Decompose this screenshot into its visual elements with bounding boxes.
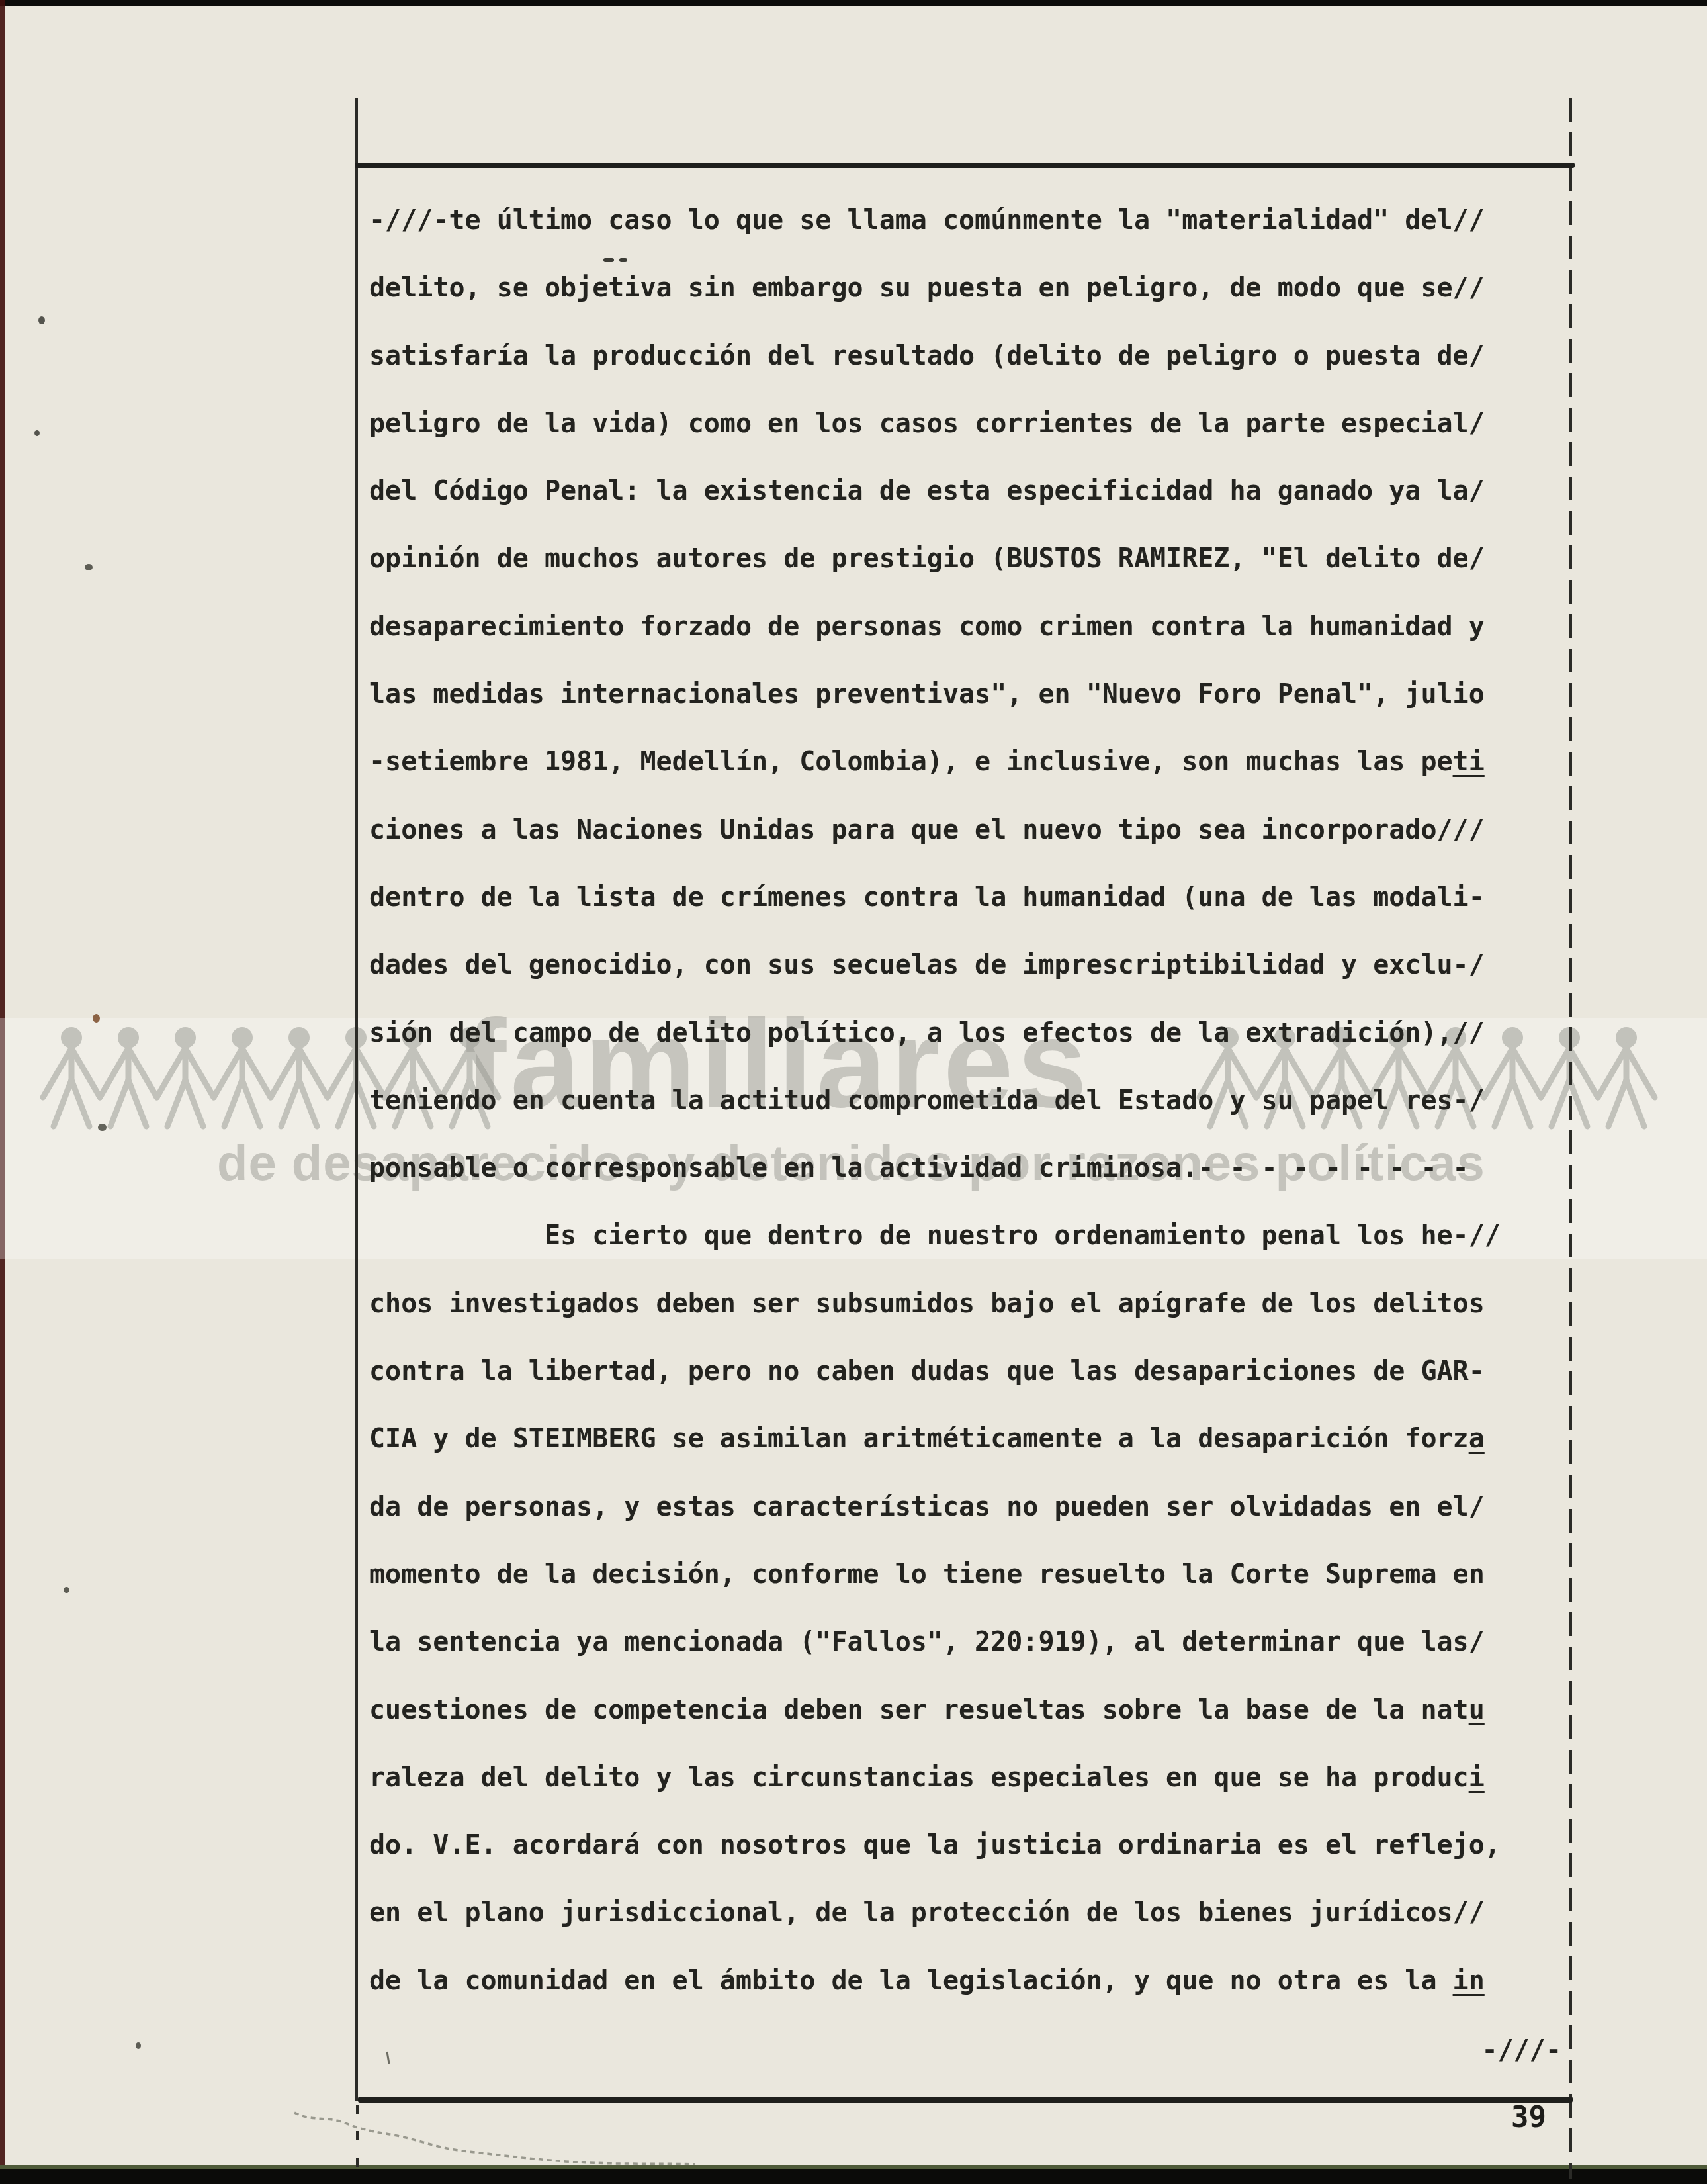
ink-speck: [85, 564, 93, 570]
page-frame-left-border-tail: [356, 2105, 359, 2179]
text-line: Es cierto que dentro de nuestro ordenami…: [369, 1202, 1534, 1269]
text-line: momento de la decisión, conforme lo tien…: [369, 1541, 1534, 1608]
text-line: peligro de la vida) como en los casos co…: [369, 390, 1534, 457]
text-line: desaparecimiento forzado de personas com…: [369, 593, 1534, 660]
page-frame-left-border: [355, 98, 358, 2101]
text-line: chos investigados deben ser subsumidos b…: [369, 1270, 1534, 1338]
page-number: 39: [1511, 2102, 1546, 2134]
ink-speck: [98, 1124, 107, 1131]
continuation-marker: -///-: [1482, 2017, 1561, 2084]
text-line: la sentencia ya mencionada ("Fallos", 22…: [369, 1608, 1534, 1676]
text-line: da de personas, y estas características …: [369, 1473, 1534, 1541]
page-frame-right-border: [1569, 98, 1572, 2179]
text-line: en el plano jurisdiccional, de la protec…: [369, 1879, 1534, 1946]
text-line: del Código Penal: la existencia de esta …: [369, 457, 1534, 525]
text-line: contra la libertad, pero no caben dudas …: [369, 1338, 1534, 1405]
text-line: CIA y de STEIMBERG se asimilan aritmétic…: [369, 1405, 1534, 1473]
text-line: -///-te último caso lo que se llama comú…: [369, 187, 1534, 254]
text-line: do. V.E. acordará con nosotros que la ju…: [369, 1811, 1534, 1879]
text-line: ponsable o corresponsable en la activida…: [369, 1134, 1534, 1202]
ink-speck: [136, 2042, 141, 2049]
text-line: dentro de la lista de crímenes contra la…: [369, 864, 1534, 931]
page-frame-bottom-rule: [358, 2097, 1573, 2103]
text-line: -setiembre 1981, Medellín, Colombia), e …: [369, 728, 1534, 796]
typewritten-text-block: -///-te último caso lo que se llama comú…: [369, 187, 1534, 2015]
ink-speck: [38, 316, 45, 324]
text-line: raleza del delito y las circunstancias e…: [369, 1744, 1534, 1811]
ink-speck: [34, 430, 40, 436]
text-line: dades del genocidio, con sus secuelas de…: [369, 931, 1534, 999]
text-line: satisfaría la producción del resultado (…: [369, 322, 1534, 390]
ink-smudge: [603, 258, 634, 263]
text-line: delito, se objetiva sin embargo su puest…: [369, 254, 1534, 322]
ink-speck: [64, 1587, 69, 1593]
text-line: ciones a las Naciones Unidas para que el…: [369, 796, 1534, 864]
text-line: de la comunidad en el ámbito de la legis…: [369, 1947, 1534, 2015]
text-line: las medidas internacionales preventivas"…: [369, 660, 1534, 728]
ink-speck: [93, 1014, 100, 1023]
scanned-legal-document-page: familiares de desaparecidos y detenidos …: [0, 0, 1707, 2184]
page-frame-top-rule: [355, 163, 1575, 168]
text-line: sión del campo de delito político, a los…: [369, 999, 1534, 1067]
text-line: cuestiones de competencia deben ser resu…: [369, 1676, 1534, 1744]
text-line: teniendo en cuenta la actitud comprometi…: [369, 1067, 1534, 1134]
text-line: opinión de muchos autores de prestigio (…: [369, 525, 1534, 592]
